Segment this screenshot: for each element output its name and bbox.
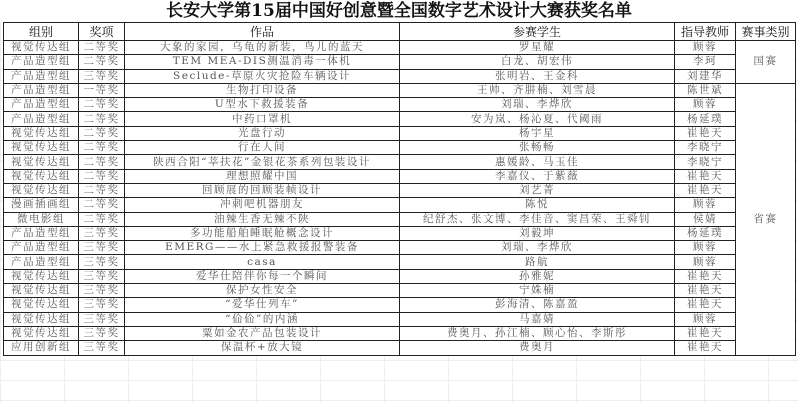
cell-group[interactable]: 产品造型组 [4,69,79,83]
cell-award[interactable]: 三等奖 [79,241,125,255]
cell-group[interactable]: 微电影组 [4,212,79,226]
table-row: 产品造型组二等奖中药口罩机安为岚、杨沁夏、代阈雨杨延璞 [4,112,796,126]
cell-group[interactable]: 产品造型组 [4,83,79,97]
table-row: 视觉传达组二等奖陕西合阳“莘扶花”金银花茶系列包装设计惠媛龄、马玉佳李晓宁 [4,155,796,169]
cell-work[interactable]: casa [125,255,400,269]
cell-work[interactable]: 中药口罩机 [125,112,400,126]
cell-students[interactable]: 白龙、胡宏伟 [400,55,675,69]
cell-teacher[interactable]: 顾蓉 [675,98,736,112]
table-row: 产品造型组三等奖EMERG——水上紧急救援报警装备刘瑞、李烨欣顾蓉 [4,241,796,255]
table-row: 产品造型组三等奖Seclude-草原火灾抢险车辆设计张明岩、王金科刘建华 [4,69,796,83]
cell-teacher[interactable]: 崔艳天 [675,269,736,283]
cell-teacher[interactable]: 崔艳天 [675,284,736,298]
cell-students[interactable]: 宁姝楠 [400,284,675,298]
cell-group[interactable]: 漫画插画组 [4,198,79,212]
cell-award[interactable]: 三等奖 [79,255,125,269]
cell-students[interactable]: 张明岩、王金科 [400,69,675,83]
cell-group[interactable]: 产品造型组 [4,226,79,240]
cell-students[interactable]: 刘毅坤 [400,226,675,240]
cell-students[interactable]: 马嘉婧 [400,312,675,326]
cell-award[interactable]: 二等奖 [79,212,125,226]
cell-group[interactable]: 视觉传达组 [4,155,79,169]
table-row: 产品造型组三等奖多功能船舶睡眠舱概念设计刘毅坤杨延璞 [4,226,796,240]
cell-students[interactable]: 王帅、齐肼楠、刘雪晨 [400,83,675,97]
cell-award[interactable]: 三等奖 [79,284,125,298]
cell-group[interactable]: 视觉传达组 [4,169,79,183]
cell-students[interactable]: 李嘉仪、于紫薇 [400,169,675,183]
table-row: 产品造型组三等奖casa路航顾蓉 [4,255,796,269]
cell-work[interactable]: 保护女性安全 [125,284,400,298]
cell-group[interactable]: 应用创新组 [4,341,79,355]
cell-category-provincial[interactable]: 省赛 [736,83,796,355]
cell-award[interactable]: 一等奖 [79,83,125,97]
cell-group[interactable]: 视觉传达组 [4,141,79,155]
cell-group[interactable]: 产品造型组 [4,255,79,269]
cell-students[interactable]: 刘瑞、李烨欣 [400,98,675,112]
cell-award[interactable]: 二等奖 [79,126,125,140]
table-row: 产品造型组二等奖TEM MEA-DIS测温消毒一体机白龙、胡宏伟李珂 [4,55,796,69]
cell-work[interactable]: 理想照耀中国 [125,169,400,183]
cell-award[interactable]: 二等奖 [79,55,125,69]
cell-work[interactable]: 陕西合阳“莘扶花”金银花茶系列包装设计 [125,155,400,169]
cell-students[interactable]: 刘艺菁 [400,183,675,197]
header-students[interactable]: 参赛学生 [400,23,675,41]
cell-work[interactable]: EMERG——水上紧急救援报警装备 [125,241,400,255]
table-row: 视觉传达组二等奖回顾展的回顾装帧设计刘艺菁崔艳天 [4,183,796,197]
cell-teacher[interactable]: 崔艳天 [675,183,736,197]
cell-work[interactable]: 大象的家园，乌龟的新装，鸟儿的蓝天 [125,41,400,55]
cell-students[interactable]: 路航 [400,255,675,269]
cell-group[interactable]: 产品造型组 [4,112,79,126]
cell-award[interactable]: 三等奖 [79,298,125,312]
cell-award[interactable]: 二等奖 [79,198,125,212]
cell-work[interactable]: 生物打印设备 [125,83,400,97]
cell-work[interactable]: 粟如金农产品包装设计 [125,326,400,340]
cell-students[interactable]: 罗星耀 [400,41,675,55]
header-group[interactable]: 组别 [4,23,79,41]
page-title: 长安大学第15届中国好创意暨全国数字艺术设计大赛获奖名单 [0,0,798,22]
cell-group[interactable]: 视觉传达组 [4,269,79,283]
cell-group[interactable]: 视觉传达组 [4,326,79,340]
cell-teacher[interactable]: 侯婧 [675,212,736,226]
cell-work[interactable]: 爱华仕陪伴你每一个瞬间 [125,269,400,283]
cell-work[interactable]: “佡佡”的内涵 [125,312,400,326]
cell-teacher[interactable]: 崔艳天 [675,298,736,312]
cell-students[interactable]: 彭海清、陈嘉盈 [400,298,675,312]
cell-students[interactable]: 安为岚、杨沁夏、代阈雨 [400,112,675,126]
cell-students[interactable]: 杨宇星 [400,126,675,140]
table-row: 应用创新组三等奖保温杯+放大镜费奥月崔艳天 [4,341,796,355]
cell-students[interactable]: 惠媛龄、马玉佳 [400,155,675,169]
cell-students[interactable]: 张畅畅 [400,141,675,155]
cell-work[interactable]: 多功能船舶睡眠舱概念设计 [125,226,400,240]
table-row: 视觉传达组三等奖粟如金农产品包装设计费奥月、孙江楠、顾心怡、李斯彤崔艳天 [4,326,796,340]
cell-category-national[interactable]: 国赛 [736,41,796,84]
cell-work[interactable]: TEM MEA-DIS测温消毒一体机 [125,55,400,69]
cell-students[interactable]: 费奥月 [400,341,675,355]
cell-award[interactable]: 二等奖 [79,155,125,169]
table-row: 视觉传达组三等奖“佡佡”的内涵马嘉婧顾蓉 [4,312,796,326]
cell-award[interactable]: 二等奖 [79,169,125,183]
cell-group[interactable]: 视觉传达组 [4,298,79,312]
cell-award[interactable]: 二等奖 [79,183,125,197]
table-row: 产品造型组一等奖生物打印设备王帅、齐肼楠、刘雪晨陈世斌省赛 [4,83,796,97]
header-teacher[interactable]: 指导教师 [675,23,736,41]
header-category[interactable]: 赛事类别 [736,23,796,41]
cell-work[interactable]: 回顾展的回顾装帧设计 [125,183,400,197]
cell-award[interactable]: 二等奖 [79,112,125,126]
cell-award[interactable]: 二等奖 [79,141,125,155]
cell-group[interactable]: 视觉传达组 [4,41,79,55]
cell-teacher[interactable]: 李晓宁 [675,155,736,169]
table-row: 视觉传达组二等奖光盘行动杨宇星崔艳天 [4,126,796,140]
header-row: 组别 奖项 作品 参赛学生 指导教师 赛事类别 [4,23,796,41]
cell-students[interactable]: 孙雅妮 [400,269,675,283]
cell-group[interactable]: 视觉传达组 [4,284,79,298]
cell-work[interactable]: Seclude-草原火灾抢险车辆设计 [125,69,400,83]
table-row: 视觉传达组三等奖“爱华仕列车”彭海清、陈嘉盈崔艳天 [4,298,796,312]
cell-award[interactable]: 二等奖 [79,98,125,112]
table-row: 视觉传达组三等奖保护女性安全宁姝楠崔艳天 [4,284,796,298]
cell-teacher[interactable]: 杨延璞 [675,112,736,126]
award-table: 组别 奖项 作品 参赛学生 指导教师 赛事类别 视觉传达组二等奖大象的家园，乌龟… [3,22,796,356]
cell-students[interactable]: 纪舒杰、张文博、李佳音、窦昌荣、王舜钊 [400,212,675,226]
header-work[interactable]: 作品 [125,23,400,41]
cell-teacher[interactable]: 顾蓉 [675,255,736,269]
cell-teacher[interactable]: 崔艳天 [675,169,736,183]
cell-students[interactable]: 费奥月、孙江楠、顾心怡、李斯彤 [400,326,675,340]
cell-award[interactable]: 三等奖 [79,326,125,340]
cell-work[interactable]: 光盘行动 [125,126,400,140]
cell-work[interactable]: 保温杯+放大镜 [125,341,400,355]
cell-teacher[interactable]: 顾蓉 [675,41,736,55]
cell-teacher[interactable]: 崔艳天 [675,341,736,355]
table-body: 视觉传达组二等奖大象的家园，乌龟的新装，鸟儿的蓝天罗星耀顾蓉国赛产品造型组二等奖… [4,41,796,356]
cell-work[interactable]: 油辣生香无辣不陕 [125,212,400,226]
cell-teacher[interactable]: 李晓宁 [675,141,736,155]
cell-group[interactable]: 产品造型组 [4,98,79,112]
table-row: 漫画插画组二等奖冲刺吧机器朋友陈悦顾蓉 [4,198,796,212]
table-row: 微电影组二等奖油辣生香无辣不陕纪舒杰、张文博、李佳音、窦昌荣、王舜钊侯婧 [4,212,796,226]
cell-teacher[interactable]: 崔艳天 [675,326,736,340]
cell-group[interactable]: 视觉传达组 [4,126,79,140]
table-row: 视觉传达组二等奖大象的家园，乌龟的新装，鸟儿的蓝天罗星耀顾蓉国赛 [4,41,796,55]
cell-award[interactable]: 二等奖 [79,41,125,55]
table-row: 视觉传达组三等奖爱华仕陪伴你每一个瞬间孙雅妮崔艳天 [4,269,796,283]
cell-award[interactable]: 三等奖 [79,226,125,240]
header-award[interactable]: 奖项 [79,23,125,41]
cell-award[interactable]: 三等奖 [79,269,125,283]
cell-teacher[interactable]: 陈世斌 [675,83,736,97]
cell-group[interactable]: 产品造型组 [4,241,79,255]
cell-teacher[interactable]: 顾蓉 [675,312,736,326]
cell-award[interactable]: 三等奖 [79,69,125,83]
cell-teacher[interactable]: 刘建华 [675,69,736,83]
cell-group[interactable]: 视觉传达组 [4,312,79,326]
cell-group[interactable]: 产品造型组 [4,55,79,69]
table-row: 视觉传达组二等奖理想照耀中国李嘉仪、于紫薇崔艳天 [4,169,796,183]
cell-group[interactable]: 视觉传达组 [4,183,79,197]
cell-work[interactable]: 行在人间 [125,141,400,155]
cell-work[interactable]: 冲刺吧机器朋友 [125,198,400,212]
cell-teacher[interactable]: 顾蓉 [675,198,736,212]
cell-work[interactable]: U型水下救援装备 [125,98,400,112]
table-row: 产品造型组二等奖U型水下救援装备刘瑞、李烨欣顾蓉 [4,98,796,112]
cell-teacher[interactable]: 杨延璞 [675,226,736,240]
cell-award[interactable]: 三等奖 [79,312,125,326]
cell-award[interactable]: 三等奖 [79,341,125,355]
table-row: 视觉传达组二等奖行在人间张畅畅李晓宁 [4,141,796,155]
cell-teacher[interactable]: 顾蓉 [675,241,736,255]
cell-teacher[interactable]: 崔艳天 [675,126,736,140]
cell-work[interactable]: “爱华仕列车” [125,298,400,312]
cell-students[interactable]: 刘瑞、李烨欣 [400,241,675,255]
cell-teacher[interactable]: 李珂 [675,55,736,69]
cell-students[interactable]: 陈悦 [400,198,675,212]
